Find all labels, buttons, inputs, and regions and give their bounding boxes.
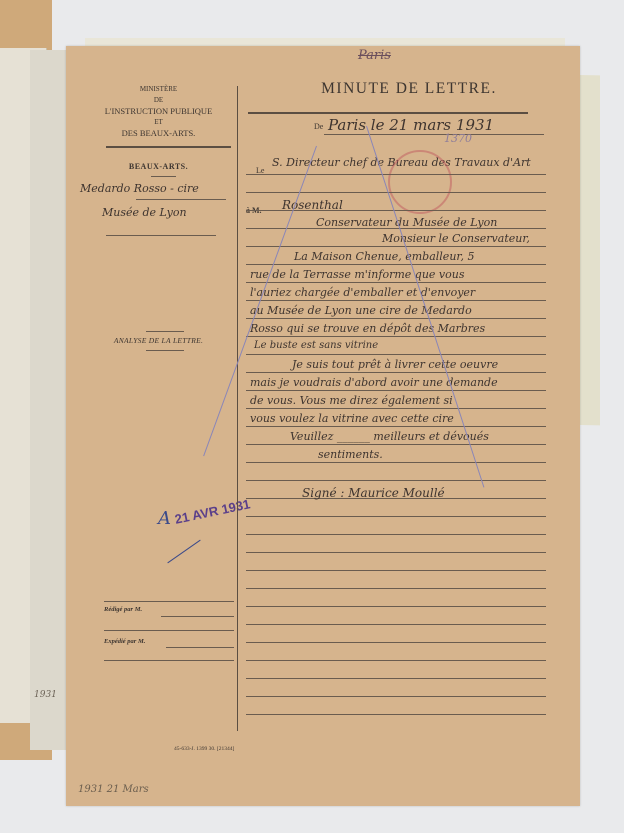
footer-annotation: 1931 21 Mars (78, 784, 149, 795)
analyse-label: ANALYSE DE LA LETTRE. (86, 336, 231, 345)
body-line: vous voulez la vitrine avec cette cire (250, 412, 454, 425)
ministry-line: ET (86, 117, 231, 128)
stamp-date: 21 AVR 1931 (173, 496, 251, 527)
ministry-line: L'INSTRUCTION PUBLIQUE (86, 106, 231, 117)
body-line: de vous. Vous me direz également si (250, 394, 453, 407)
redige-label: Rédigé par M. (104, 606, 142, 613)
closing-line: Veuillez ______ meilleurs et dévoués (290, 430, 489, 443)
from-label: De (314, 122, 323, 131)
divider (136, 199, 226, 200)
expedie-line (166, 647, 234, 648)
ministry-line: DE (86, 95, 231, 106)
body-line: mais je voudrais d'abord avoir une deman… (250, 376, 498, 389)
divider (104, 660, 234, 661)
minute-de-lettre-sheet: MINISTÈRE DE L'INSTRUCTION PUBLIQUE ET D… (66, 46, 580, 806)
page-title: MINUTE DE LETTRE. (244, 80, 574, 98)
closing-line: sentiments. (318, 448, 383, 461)
body-line: Je suis tout prêt à livrer cette oeuvre (292, 358, 498, 371)
redige-line (161, 616, 234, 617)
column-divider (237, 86, 238, 731)
ministry-line: DES BEAUX-ARTS. (86, 128, 231, 139)
department-label: BEAUX-ARTS. (86, 162, 231, 171)
side-annotation: 1931 (34, 690, 57, 700)
body-line: au Musée de Lyon une cire de Medardo (250, 304, 472, 317)
body-line: l'auriez chargée d'emballer et d'envoyer (250, 286, 475, 299)
body-line: rue de la Terrasse m'informe que vous (250, 268, 464, 281)
title-rule (248, 112, 528, 114)
divider (106, 235, 216, 236)
margin-note: Medardo Rosso - cire (80, 182, 199, 195)
margin-note: Musée de Lyon (102, 206, 187, 219)
date-line (324, 134, 544, 135)
stamp-initials: A (158, 508, 171, 529)
print-code: 45-633-J. 1399 30. [21344] (174, 746, 234, 752)
divider (146, 350, 184, 351)
signature: Signé : Maurice Moullé (302, 486, 445, 500)
expedie-label: Expédié par M. (104, 638, 145, 645)
divider (104, 630, 234, 631)
divider (151, 176, 176, 177)
pen-stroke (167, 540, 200, 564)
ministry-header: MINISTÈRE DE L'INSTRUCTION PUBLIQUE ET D… (86, 84, 231, 139)
divider (146, 331, 184, 332)
divider (106, 146, 231, 148)
divider (104, 601, 234, 602)
title-annotation: Paris (358, 48, 391, 63)
body-line: Le buste est sans vitrine (254, 340, 378, 351)
red-seal-stamp (388, 150, 452, 214)
underlying-grey-sheet: 1931 (30, 50, 70, 750)
body-line: Rosso qui se trouve en dépôt des Marbres (250, 322, 485, 335)
reference-number: 1370 (444, 132, 472, 145)
ministry-line: MINISTÈRE (86, 84, 231, 95)
body-line: La Maison Chenue, emballeur, 5 (294, 250, 474, 263)
